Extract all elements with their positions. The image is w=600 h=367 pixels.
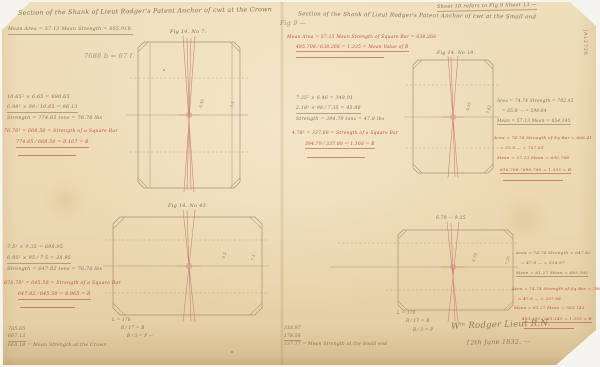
red-flourish-rule [296, 57, 384, 58]
calc-line: 7.5² × 9.35 = 698.95 [7, 246, 63, 251]
calc-line: = 65.8 — = 598.84 [502, 109, 547, 113]
calc-line-red: Area = 74.74 Strength of Sq Bar = 868.41 [494, 136, 592, 140]
calc-line-red: Area = 74.74 Strength of Sq Bar = 788.41 [512, 287, 600, 291]
calc-line-red: = 47.8 — = 337.88 [518, 297, 561, 301]
fig4-note-fraction-2: B ⁄ 3 = P [413, 328, 433, 332]
calc-line-red: Mean = 61.27 Mean = 563.145 [514, 306, 585, 310]
total-line: 667.13 [8, 335, 26, 342]
page-fold-gutter [280, 2, 284, 365]
red-flourish-rule [503, 180, 563, 181]
fig2-shank-section-drawing [103, 210, 273, 322]
fig2-note-fraction-2: B ⁄ 3 = P — [127, 334, 153, 338]
calc-line: 7.35² × 6.46 = 348.91 [296, 97, 353, 102]
red-flourish-rule [18, 155, 76, 156]
left-page-subtitle: Mean Area = 57.13 Mean Strength = 685.91… [8, 28, 133, 35]
calc-line: Strength = 647.82 tons = 76.76 lbs [7, 268, 102, 273]
total-line: 705.65 [8, 328, 26, 333]
fig-reference-pencil: Fig 9 — [280, 21, 306, 27]
calc-line: 2.18² × 98 ⁄ 7.35 = 45.88 [296, 107, 361, 114]
calc-line: Area = 74.74 Strength = 647.82 [516, 251, 591, 255]
calc-line-red: = 65.8 — = 757.65 [500, 146, 544, 150]
fig2-label: Fig 14. No 43. [168, 204, 208, 209]
calc-line: Mean = 61.27 Mean = 483.395 [516, 271, 588, 277]
fig2-note-length: L = 170 [112, 318, 131, 322]
total-line: 318.97 [284, 327, 301, 331]
calc-line: 6.95² × 95 ⁄ 7.5 = 38.95 [7, 257, 71, 264]
fig4-label: 6.79 — 9.35 [436, 217, 465, 221]
calc-line-red: 656.708 ⁄ 690.768 = 1.335 = B [500, 168, 571, 174]
fig2-note-fraction-1: B ⁄ 17 = B [121, 326, 145, 330]
signature-date: 12th June 1832. — [466, 338, 531, 346]
fig4-note-length: L = 170 [397, 311, 416, 315]
total-line: 668.18 = Mean Strength at the Crown [8, 344, 107, 349]
calc-line-red: 676.76² = 645.50 = Strength of a Square … [4, 282, 121, 287]
calc-line: = 47.8 — = 318.97 [521, 261, 565, 265]
calc-line: 10.65² × 6.65 = 690.65 [7, 96, 70, 101]
archive-stamp: JAL2726 [582, 30, 587, 56]
foxing-stain [40, 180, 90, 220]
fig1-label: Fig 14. No 7. [170, 30, 206, 35]
calc-line: Area = 74.74 Strength = 702.45 [497, 99, 574, 103]
calc-line-red: 76.76² = 668.50 = Strength of a Square B… [4, 130, 118, 135]
calc-line-red: 4.78² = 337.88 = Strength of a Square Ba… [292, 132, 398, 136]
red-flourish-rule [20, 307, 75, 308]
manuscript-sheet: Section of the Shank of Lieut Rodger's P… [0, 0, 600, 367]
calc-line: 6.98² × 99 ⁄ 10.65 = 96.13 [7, 106, 78, 113]
fig3-shank-section-drawing [404, 56, 504, 178]
red-note-line: 485.708 ⁄ 638.268 = 1.335 = Mean Value o… [296, 46, 409, 52]
ink-speck [231, 351, 233, 353]
calc-line-red: 647.82 ⁄ 645.50 = 8.965 = B [18, 293, 91, 300]
calc-line: Strength = 774.65 tons = 76.76 lbs [7, 117, 102, 122]
fig4-shank-section-drawing [330, 222, 520, 322]
calc-line: Strength = 394.79 tons = 47.8 lbs [296, 118, 384, 123]
calc-line-red: 394.79 ⁄ 337.88 = 1.168 = B [305, 143, 375, 149]
calc-line: Mean = 57.13 Mean = 654.145 [497, 119, 571, 125]
calc-line-red: Mean = 57.13 Mean = 690.768 [497, 156, 569, 160]
red-note-line: Mean Area = 57.13 Mean Strength of Squar… [287, 36, 436, 40]
total-line: 178.56 [284, 335, 301, 341]
fig1-shank-section-drawing [126, 36, 252, 192]
red-flourish-rule [307, 157, 365, 158]
fig4-note-fraction-1: B ⁄ 17 = B [406, 319, 430, 323]
calc-line-red: 774.65 ⁄ 668.50 = 8.107 = B [16, 141, 89, 148]
total-line: 337.77 = Mean Strength at the Small end [284, 343, 387, 347]
